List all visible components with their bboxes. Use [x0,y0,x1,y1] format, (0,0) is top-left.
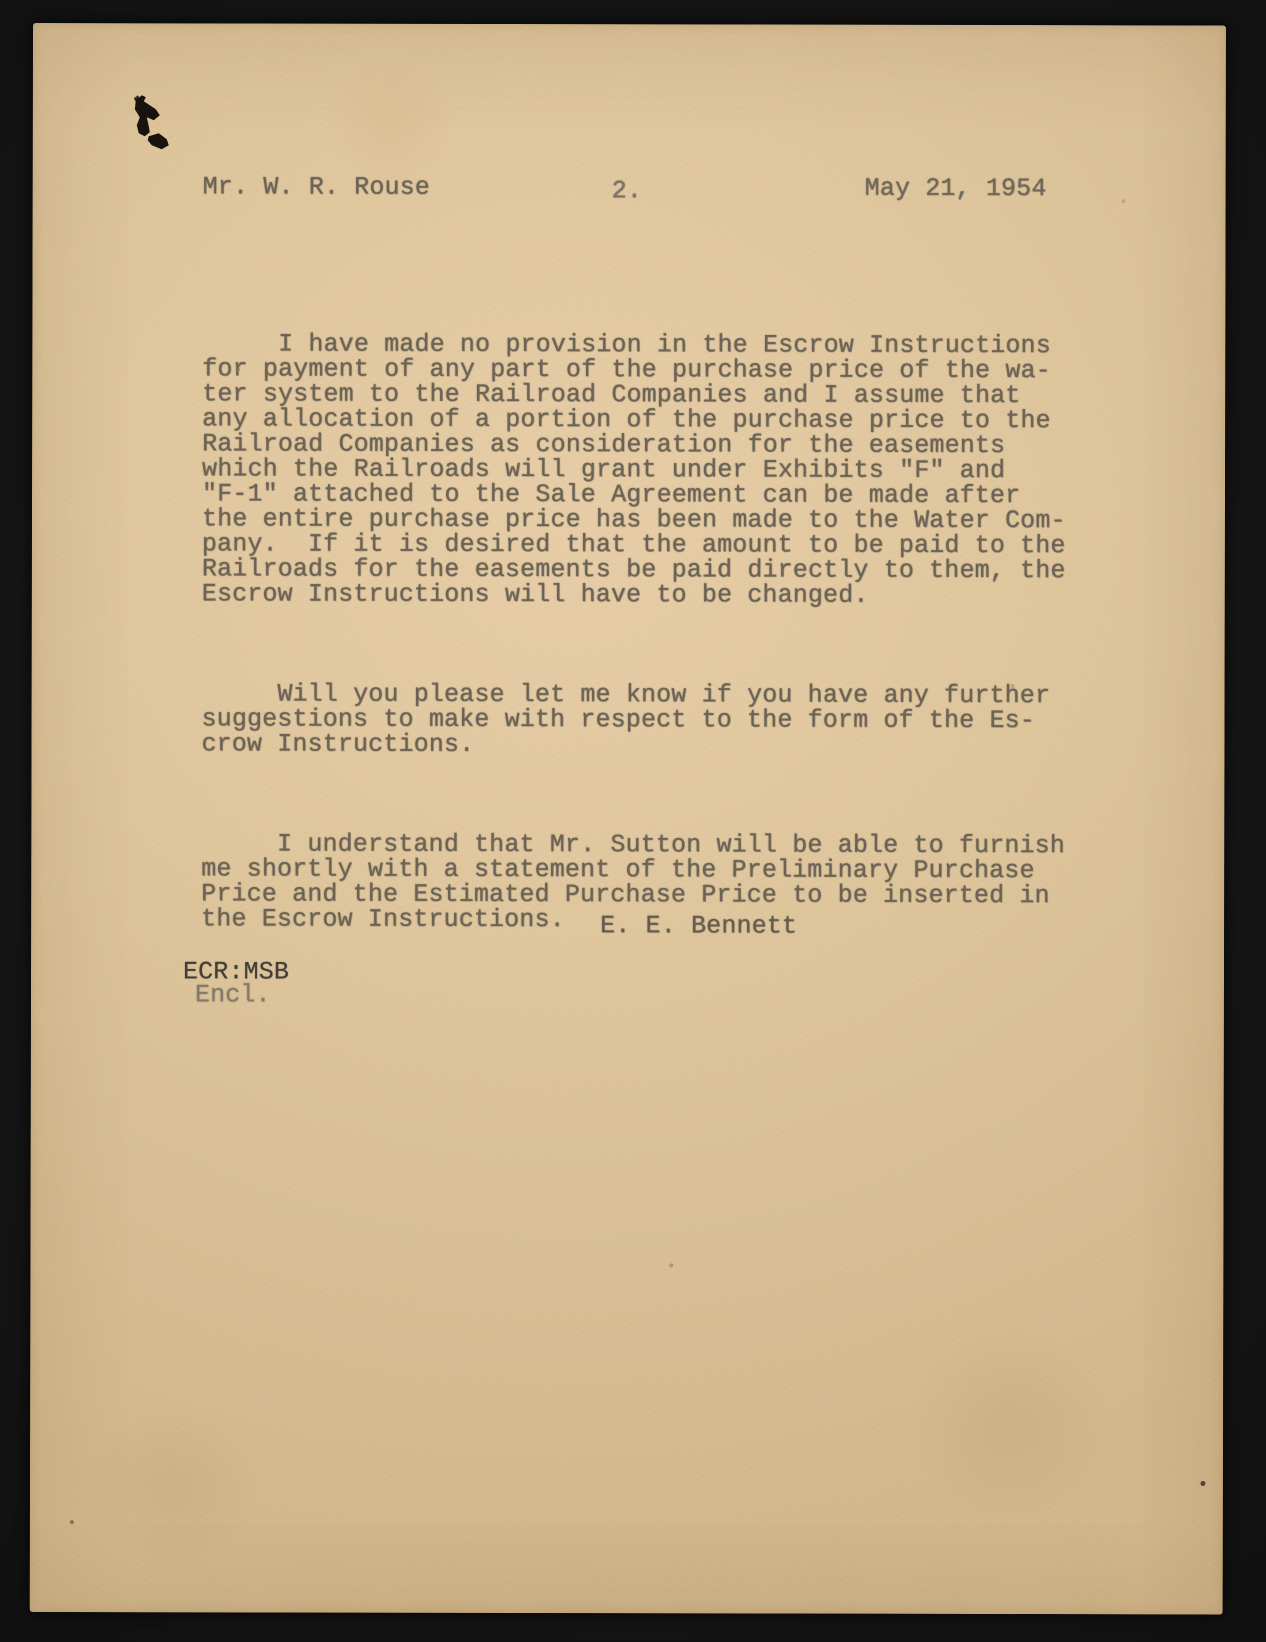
scanned-letter-page-2: Mr. W. R. Rouse 2. May 21, 1954 I have m… [0,0,1266,1642]
header-date: May 21, 1954 [865,176,1047,201]
signature-name: E. E. Bennett [600,913,797,938]
enclosure-notation: Encl. [195,982,271,1007]
letter-paper: Mr. W. R. Rouse 2. May 21, 1954 I have m… [30,23,1226,1614]
header-page-number: 2. [612,178,642,203]
letter-body: I have made no provision in the Escrow I… [201,281,1082,983]
ink-blot-mark [130,93,174,155]
header-recipient: Mr. W. R. Rouse [203,174,430,199]
paper-specks [33,23,35,25]
letter-paragraph-suggestions-request: Will you please let me know if you have … [201,681,1081,758]
letter-paragraph-escrow-provision: I have made no provision in the Escrow I… [202,331,1083,608]
